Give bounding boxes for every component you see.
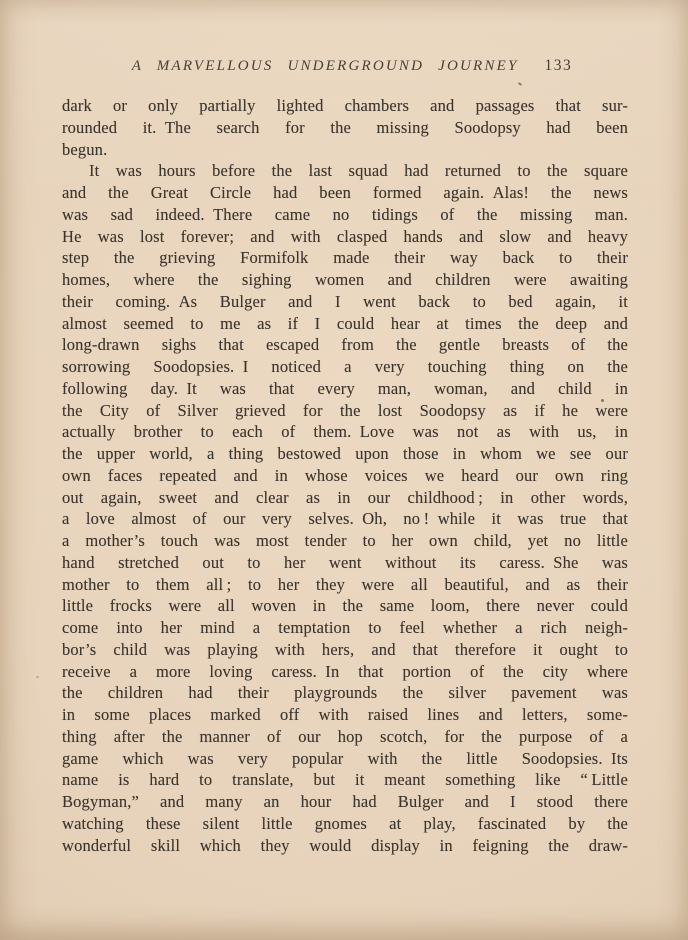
text-line: in some places marked off with raised li… <box>62 704 628 726</box>
running-head: A MARVELLOUS UNDERGROUND JOURNEY 133 <box>8 57 688 75</box>
text-line: their coming. As Bulger and I went back … <box>62 291 628 313</box>
text-line: long-drawn sighs that escaped from the g… <box>62 334 628 356</box>
scan-speck <box>518 82 522 86</box>
text-line: He was lost forever; and with clasped ha… <box>62 226 628 248</box>
text-line: following day. It was that every man, wo… <box>62 378 628 400</box>
body-text: dark or only partially lighted chambers … <box>62 95 628 856</box>
text-line: game which was very popular with the lit… <box>62 748 628 770</box>
text-line: mother to them all ; to her they were al… <box>62 574 628 596</box>
text-line: actually brother to each of them. Love w… <box>62 421 628 443</box>
text-line: begun. <box>62 139 628 161</box>
text-line: come into her mind a temptation to feel … <box>62 617 628 639</box>
running-head-title: A MARVELLOUS UNDERGROUND JOURNEY <box>132 58 519 75</box>
text-line: the City of Silver grieved for the lost … <box>62 400 628 422</box>
text-line: the children had their playgrounds the s… <box>62 682 628 704</box>
text-line: the upper world, a thing bestowed upon t… <box>62 443 628 465</box>
text-line: sorrowing Soodopsies. I noticed a very t… <box>62 356 628 378</box>
book-page: A MARVELLOUS UNDERGROUND JOURNEY 133 dar… <box>0 0 688 940</box>
text-line: and the Great Circle had been formed aga… <box>62 182 628 204</box>
text-line: bor’s child was playing with hers, and t… <box>62 639 628 661</box>
text-line: a mother’s touch was most tender to her … <box>62 530 628 552</box>
scan-speck <box>36 676 39 678</box>
text-line: was sad indeed. There came no tidings of… <box>62 204 628 226</box>
text-line: receive a more loving caress. In that po… <box>62 661 628 683</box>
paragraph: dark or only partially lighted chambers … <box>62 95 628 160</box>
text-line: watching these silent little gnomes at p… <box>62 813 628 835</box>
text-line: almost seemed to me as if I could hear a… <box>62 313 628 335</box>
text-line: little frocks were all woven in the same… <box>62 595 628 617</box>
text-line: It was hours before the last squad had r… <box>62 160 628 182</box>
paragraph: It was hours before the last squad had r… <box>62 160 628 856</box>
text-line: name is hard to translate, but it meant … <box>62 769 628 791</box>
text-line: hand stretched out to her went without i… <box>62 552 628 574</box>
text-line: own faces repeated and in whose voices w… <box>62 465 628 487</box>
text-line: a love almost of our very selves. Oh, no… <box>62 508 628 530</box>
text-line: step the grieving Formifolk made their w… <box>62 247 628 269</box>
text-line: thing after the manner of our hop scotch… <box>62 726 628 748</box>
page-number: 133 <box>545 57 573 75</box>
text-line: Bogyman,” and many an hour had Bulger an… <box>62 791 628 813</box>
text-line: dark or only partially lighted chambers … <box>62 95 628 117</box>
text-line: homes, where the sighing women and child… <box>62 269 628 291</box>
text-line: wonderful skill which they would display… <box>62 835 628 857</box>
text-line: rounded it. The search for the missing S… <box>62 117 628 139</box>
text-line: out again, sweet and clear as in our chi… <box>62 487 628 509</box>
